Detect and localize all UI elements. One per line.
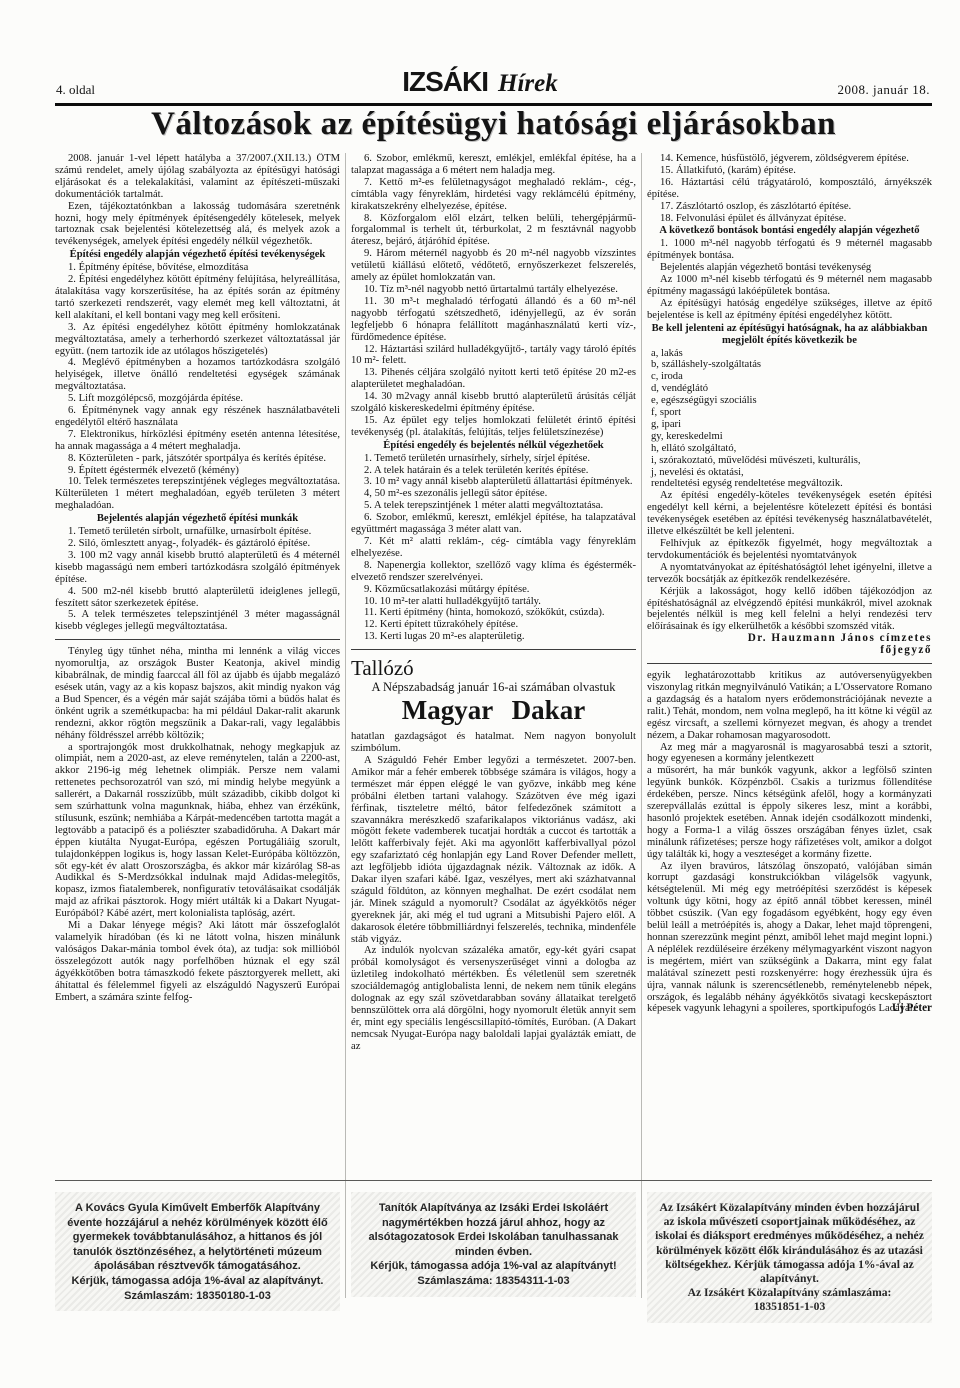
paragraph: a sportrajongók most drukkolhatnak, neho… (55, 742, 340, 921)
box-line: A Kovács Gyula Kiművelt Emberfők Alapítv… (63, 1201, 332, 1274)
masthead-sub: Hírek (498, 70, 558, 97)
list-line: j, nevelési és oktatási, (647, 467, 932, 479)
paragraph: 13. Pihenés céljára szolgáló nyitott ker… (351, 367, 636, 391)
article-title: Magyar Dakar (351, 696, 636, 725)
paragraph: 14. 30 m2vagy annál kisebb bruttó alapte… (351, 391, 636, 415)
list-line: f, sport (647, 407, 932, 419)
list-line: d, vendéglátó (647, 383, 932, 395)
paragraph: 7. Elektronikus, hírközlési építmény ese… (55, 429, 340, 453)
paragraph: 8. Napenergia kollektor, szellőző vagy k… (351, 560, 636, 584)
paragraph: 16. Háztartási célú trágyatároló, kompos… (647, 177, 932, 201)
paragraph: 1. Temető területén urnasírhely, sírhely… (351, 453, 636, 465)
section-heading: Építési engedély és bejelentés nélkül vé… (351, 440, 636, 452)
paragraph: Az ilyen bravúros, látszólag önszopató, … (647, 861, 932, 1016)
paragraph: 10. Telek természetes terepszintjének vé… (55, 476, 340, 512)
paragraph: 15. Az épület egy teljes homlokzati felü… (351, 415, 636, 439)
paragraph: 5. A telek terepszintjének 1 méter alatt… (351, 500, 636, 512)
list-line: rendeltetési egység rendeltetése megvált… (647, 478, 932, 490)
paragraph: 3. Az építési engedélyhez kötött építmén… (55, 322, 340, 358)
foundation-box-kovacs-gyula: A Kovács Gyula Kiművelt Emberfők Alapítv… (55, 1192, 340, 1311)
paragraph: 9. Három méternél nagyobb és 20 m²-nél n… (351, 248, 636, 284)
paragraph: 6. Építménynek vagy annak egy részének h… (55, 405, 340, 429)
paragraph: 6. Szobor, emlékmű, kereszt, emlékjel ép… (351, 512, 636, 536)
signature: főjegyző (647, 645, 932, 657)
column-3: 14. Kemence, húsfüstölő, jégverem, zölds… (647, 153, 932, 1175)
paragraph: Mi a Dakar lényege mégis? Aki látott már… (55, 920, 340, 1003)
column-1: 2008. január 1-vel lépett hatályba a 37/… (55, 153, 340, 1175)
paragraph: 13. Kerti lugas 20 m²-es alapterületig. (351, 631, 636, 643)
paragraph: 1. Temető területén sírbolt, urnafülke, … (55, 526, 340, 538)
issue-date: 2008. január 18. (838, 82, 930, 98)
list-line: g, ipari (647, 419, 932, 431)
paragraph: 1. 1000 m³-nél nagyobb térfogatú és 9 mé… (647, 238, 932, 262)
paragraph: 4, 50 m²-es szezonális jellegű sátor épí… (351, 488, 636, 500)
paragraph: Ezen, tájékoztatónkban a lakosság tudomá… (55, 201, 340, 249)
paragraph: 9. Közműcsatlakozási műtárgy építése. (351, 584, 636, 596)
paragraph: Az építésügyi hatóság engedélye szüksége… (647, 298, 932, 322)
paragraph: 2008. január 1-vel lépett hatályba a 37/… (55, 153, 340, 201)
paragraph: Tényleg úgy tűnhet néha, mintha mi lenné… (55, 646, 340, 741)
paragraph: 6. Szobor, emlékmű, kereszt, emlékjel, e… (351, 153, 636, 177)
paragraph: 2. Siló, ömlesztett anyag-, folyadék- és… (55, 538, 340, 550)
column-2: 6. Szobor, emlékmű, kereszt, emlékjel, e… (351, 153, 636, 1175)
box-line: Az Izsákért Közalapítvány számlaszáma: (655, 1286, 924, 1300)
foundation-box-tanitok: Tanítók Alapítványa az Izsáki Erdei Isko… (351, 1192, 636, 1297)
article-columns: 2008. január 1-vel lépett hatályba a 37/… (55, 153, 932, 1175)
paragraph: 12. Kerti épített tűzrakóhely építése. (351, 619, 636, 631)
list-line: h, ellátó szolgáltató, (647, 443, 932, 455)
foundation-boxes: A Kovács Gyula Kiművelt Emberfők Alapítv… (55, 1192, 932, 1323)
paragraph: Kérjük a lakosságot, hogy kellő időben t… (647, 586, 932, 634)
list-line: b, szálláshely-szolgáltatás (647, 359, 932, 371)
paragraph: 4. Meglévő építményben a hozamos tartózk… (55, 357, 340, 393)
paragraph: 14. Kemence, húsfüstölő, jégverem, zölds… (647, 153, 932, 165)
paragraph: 7. Kettő m²-es felületnagyságot meghalad… (351, 177, 636, 213)
section-heading: Be kell jelenteni az építésügyi hatóságn… (647, 323, 932, 347)
paragraph: 10. Tíz m³-nél nagyobb nettó űrtartalmú … (351, 284, 636, 296)
paragraph: 3. 100 m2 vagy annál kisebb bruttó alapt… (55, 550, 340, 586)
paragraph: A nyomtatványokat az építéshatóságtól le… (647, 562, 932, 586)
paragraph: 12. Háztartási szilárd hulladékgyűjtő-, … (351, 344, 636, 368)
list-line: e, egészségügyi szociális (647, 395, 932, 407)
paragraph: hatatlan gazdagságot és hatalmat. Nem na… (351, 731, 636, 755)
paragraph: 5. A telek természetes telepszintjénél 3… (55, 609, 340, 633)
paragraph: 3. 10 m² vagy annál kisebb alapterületű … (351, 476, 636, 488)
paragraph: 5. Lift mozgólépcső, mozgójárda építése. (55, 393, 340, 405)
section-divider (55, 639, 340, 640)
section-heading: Építési engedély alapján végezhető építé… (55, 249, 340, 261)
paragraph: 10. 10 m²-ter alatti hulladékgyűjtő tart… (351, 596, 636, 608)
paragraph: Felhívjuk az építkezők figyelmét, hogy m… (647, 538, 932, 562)
box-line: Kérjük, támogassa adója 1%-val az alapít… (359, 1259, 628, 1274)
paragraph: 11. 30 m³-t meghaladó térfogatú állandó … (351, 296, 636, 344)
paragraph: egyik leghatározottabb kritikus az autóv… (647, 670, 932, 741)
paragraph: A Száguldó Fehér Ember legyőzi a termész… (351, 755, 636, 946)
paragraph: 8. Közforgalom elől elzárt, telken belül… (351, 213, 636, 249)
box-line: Kérjük, támogassa adója 1%-ával az alapí… (63, 1274, 332, 1289)
paragraph: 2. Építési engedélyhez kötött építmény f… (55, 274, 340, 322)
paragraph: Bejelentés alapján végezhető bontási tev… (647, 262, 932, 274)
newspaper-page: 4. oldal IZSÁKI Hírek 2008. január 18. V… (0, 0, 960, 1388)
box-line: 18351851-1-03 (655, 1300, 924, 1314)
list-line: gy, kereskedelmi (647, 431, 932, 443)
paragraph: 18. Felvonulási épület és állványzat épí… (647, 213, 932, 225)
paragraph: 9. Épített égéstermék elvezető (kémény) (55, 465, 340, 477)
paragraph: 7. Két m² alatti reklám-, cég- címtábla … (351, 536, 636, 560)
paragraph: 4. 500 m2-nél kisebb bruttó alapterületű… (55, 586, 340, 610)
masthead-main: IZSÁKI (402, 66, 488, 97)
paragraph: Az építési engedély-köteles tevékenysége… (647, 490, 932, 538)
paragraph: Az indulók nyolcvan százaléka amatőr, eg… (351, 945, 636, 1052)
main-headline: Változások az építésügyi hatósági eljárá… (55, 106, 932, 143)
paragraph: 8. Közterületen - park, játszótér sportp… (55, 453, 340, 465)
paragraph: 11. Kerti építmény (hinta, homokozó, szö… (351, 607, 636, 619)
paragraph: a műsorért, ha már bunkók vagyunk, akkor… (647, 765, 932, 860)
masthead: IZSÁKI Hírek (0, 66, 960, 98)
paragraph: 15. Állatkifutó, (karám) építése. (647, 165, 932, 177)
foundation-box-izsakert: Az Izsákért Közalapítvány minden évben h… (647, 1192, 932, 1323)
section-heading: A következő bontások bontási engedély al… (647, 225, 932, 237)
paragraph: 17. Zászlótartó oszlop, és zászlótartó é… (647, 201, 932, 213)
box-line: Tanítók Alapítványa az Izsáki Erdei Isko… (359, 1201, 628, 1259)
footer-rule (55, 1180, 932, 1181)
paragraph: 2. A telek határain és a telek területén… (351, 465, 636, 477)
paragraph: Az meg már a magyarosnál is magyarosabbá… (647, 742, 932, 766)
paragraph: Az 1000 m³-nél kisebb térfogatú és 9 mét… (647, 274, 932, 298)
list-line: c, iroda (647, 371, 932, 383)
box-line: Számlaszáma: 18354311-1-03 (359, 1274, 628, 1289)
paragraph: 1. Építmény építése, bővítése, elmozdítá… (55, 262, 340, 274)
box-line: Az Izsákért Közalapítvány minden évben h… (655, 1201, 924, 1286)
section-heading: Bejelentés alapján végezhető építési mun… (55, 513, 340, 525)
box-line: Számlaszám: 18350180-1-03 (63, 1289, 332, 1304)
list-line: i, szórakoztató, művelődési művészeti, k… (647, 455, 932, 467)
source-line: A Népszabadság január 16-ai számában olv… (351, 680, 636, 694)
section-divider (351, 649, 636, 650)
section-kicker: Tallózó (351, 657, 636, 679)
section-divider (647, 663, 932, 664)
list-line: a, lakás (647, 348, 932, 360)
